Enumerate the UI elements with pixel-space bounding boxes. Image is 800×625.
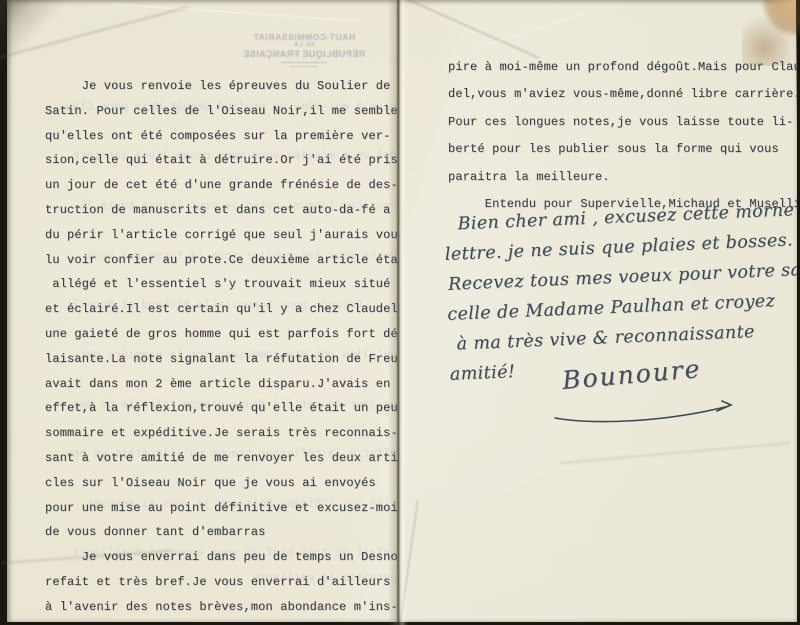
right-page-text: pire à moi-même un profond dégoût.Mais p… bbox=[448, 54, 797, 218]
typed-line: refait et très bref.Je vous enverrai d'a… bbox=[45, 570, 398, 595]
typed-line: sant à votre amitié de me renvoyer les d… bbox=[45, 446, 398, 471]
typed-line: qu'elles ont été composées sur la premiè… bbox=[45, 124, 398, 149]
typed-line: et éclairé.Il est certain qu'il y a chez… bbox=[45, 297, 398, 322]
right-edge-shadow bbox=[796, 0, 800, 130]
typed-line: allégé et l'essentiel s'y trouvait mieux… bbox=[45, 272, 398, 297]
typed-line: sion,celle qui était à détruire.Or j'ai … bbox=[45, 148, 398, 173]
typed-line: berté pour les publier sous la forme qui… bbox=[448, 136, 797, 163]
typed-line: effet,à la réflexion,trouvé qu'elle étai… bbox=[45, 396, 398, 421]
letterhead-line: RÉPUBLIQUE FRANÇAISE bbox=[229, 49, 379, 60]
typed-line: Je vous enverrai dans peu de temps un De… bbox=[45, 545, 398, 570]
typed-line: à l'avenir des notes brèves,mon abondanc… bbox=[45, 595, 398, 620]
typed-line: del,vous m'aviez vous-même,donné libre c… bbox=[448, 81, 797, 108]
letterhead-bleedthrough: HAUT-COMMISSARIAT DE LA RÉPUBLIQUE FRANÇ… bbox=[229, 33, 379, 67]
typed-line: paraitra la meilleure. bbox=[448, 164, 797, 191]
top-left-corner-shadow bbox=[0, 0, 100, 72]
letterhead-line: HAUT-COMMISSARIAT bbox=[229, 33, 379, 42]
typed-line: lu voir confier au prote.Ce deuxième art… bbox=[45, 248, 398, 273]
paper-stain bbox=[742, 0, 800, 66]
left-page: HAUT-COMMISSARIAT DE LA RÉPUBLIQUE FRANÇ… bbox=[7, 0, 398, 625]
typed-line: un jour de cet été d'une grande frénésie… bbox=[45, 173, 398, 198]
typed-line: pour une mise au point définitive et exc… bbox=[45, 496, 398, 521]
typed-line: une gaieté de gros homme qui est parfois… bbox=[45, 322, 398, 347]
typed-line: de vous donner tant d'embarras bbox=[45, 520, 398, 545]
typed-line: truction de manuscrits et dans cet auto-… bbox=[45, 198, 398, 223]
signature-underline-flourish bbox=[551, 398, 751, 433]
right-page: pire à moi-même un profond dégoût.Mais p… bbox=[405, 0, 797, 625]
typed-line: cles sur l'Oiseau Noir que je vous ai en… bbox=[45, 471, 398, 496]
typed-line: Je vous renvoie les épreuves du Soulier … bbox=[45, 74, 398, 99]
typed-line: sommaire et expéditive.Je serais très re… bbox=[45, 421, 398, 446]
letterhead-rule bbox=[281, 62, 327, 67]
letter-scan: HAUT-COMMISSARIAT DE LA RÉPUBLIQUE FRANÇ… bbox=[0, 0, 800, 625]
left-page-text: Je vous renvoie les épreuves du Soulier … bbox=[45, 74, 398, 620]
typed-line: avait dans mon 2 ème article disparu.J'a… bbox=[45, 372, 398, 397]
typed-line: du périr l'article corrigé que seul j'au… bbox=[45, 223, 398, 248]
typed-line: laisante.La note signalant la réfutation… bbox=[45, 347, 398, 372]
letterhead-line: DE LA bbox=[229, 42, 379, 49]
center-fold-crease bbox=[388, 0, 408, 625]
typed-line: Pour ces longues notes,je vous laisse to… bbox=[448, 109, 797, 136]
typed-line: Satin. Pour celles de l'Oiseau Noir,il m… bbox=[45, 99, 398, 124]
